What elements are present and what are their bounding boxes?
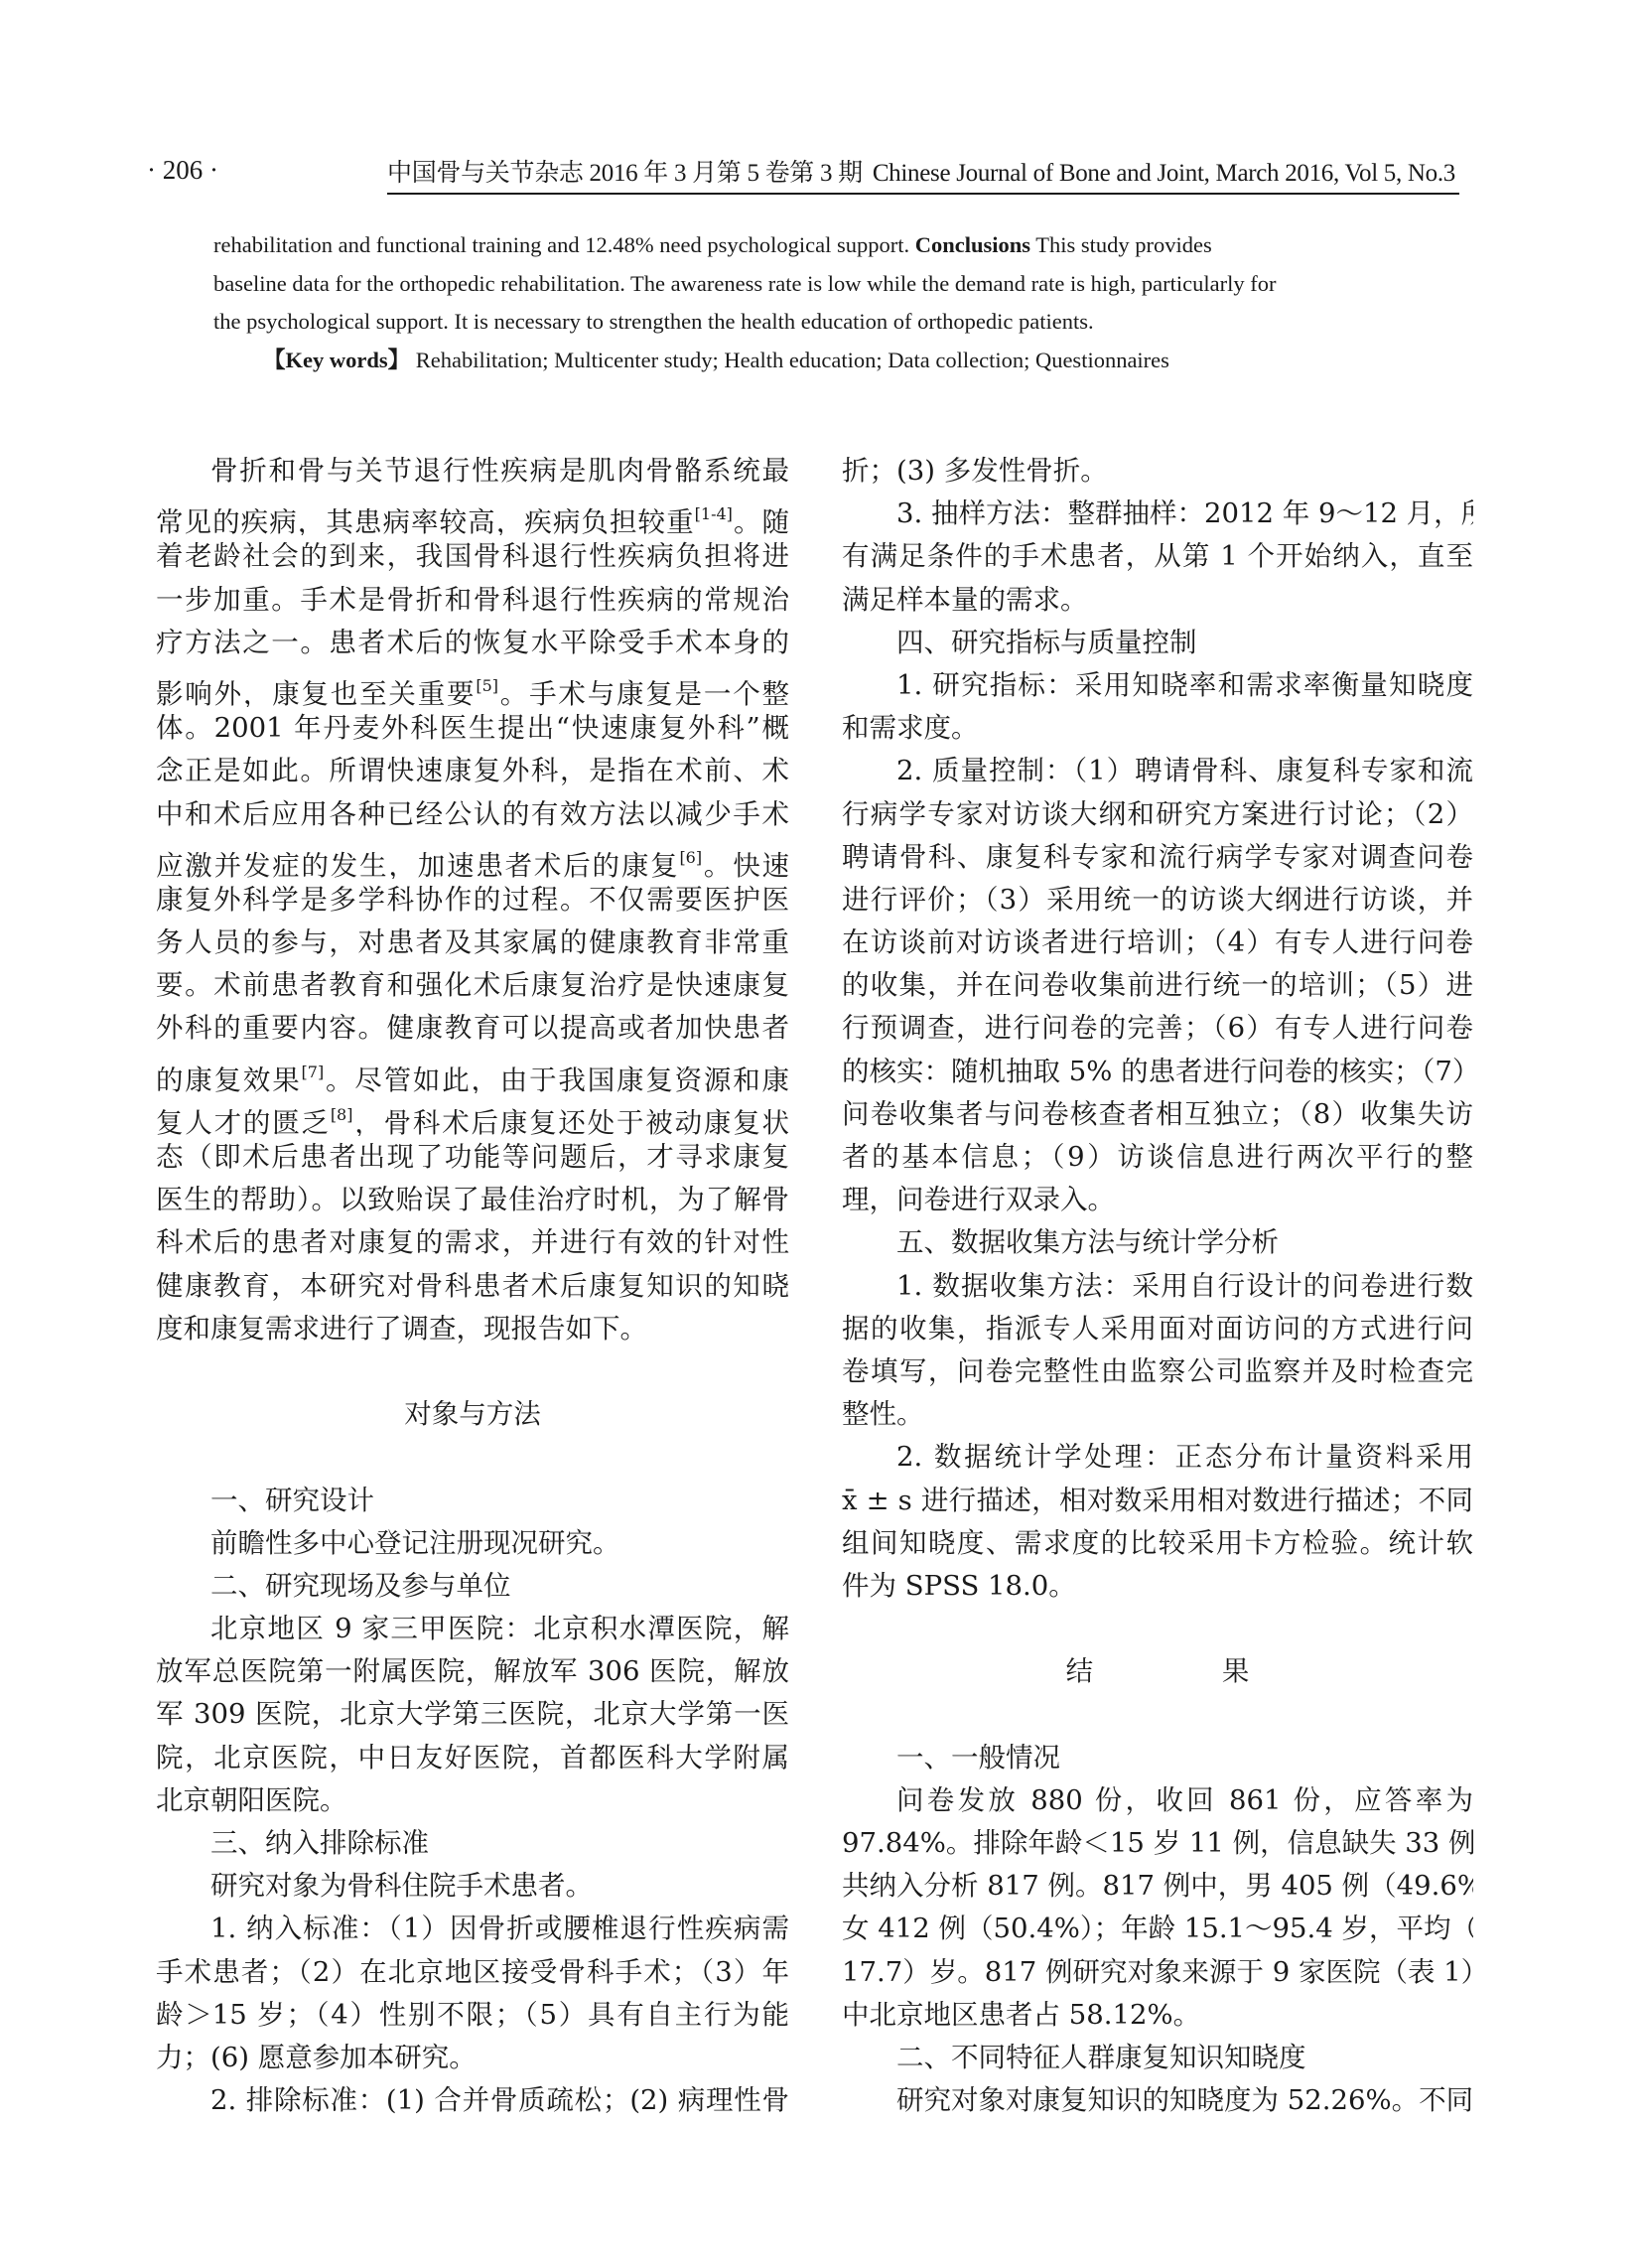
body-line: 放军总医院第一附属医院，解放军 306 医院，解放 (156, 1650, 789, 1693)
section-title-methods: 对象与方法 (156, 1350, 789, 1480)
body-line: 着老龄社会的到来，我国骨科退行性疾病负担将进 (156, 535, 789, 578)
body-line: 军 309 医院，北京大学第三医院，北京大学第一医 (156, 1693, 789, 1736)
body-line: 一步加重。手术是骨折和骨科退行性疾病的常规治 (156, 579, 789, 622)
subsection-heading: 二、不同特征人群康复知识知晓度 (842, 2037, 1473, 2079)
body-line: x̄ ± s 进行描述，相对数采用相对数进行描述；不同 (842, 1480, 1473, 1522)
body-line: 力；(6) 愿意参加本研究。 (156, 2037, 789, 2079)
body-line: 组间知晓度、需求度的比较采用卡方检验。统计软 (842, 1522, 1473, 1565)
body-line: 科术后的患者对康复的需求，并进行有效的针对性 (156, 1221, 789, 1264)
body-line: 3. 抽样方法：整群抽样：2012 年 9～12 月，所 (842, 493, 1473, 535)
body-line: 前瞻性多中心登记注册现况研究。 (156, 1522, 789, 1565)
citation-ref[interactable]: [8] (331, 1105, 353, 1124)
running-header: · 206 · 中国骨与关节杂志 2016 年 3 月第 5 卷第 3 期Chi… (0, 149, 1642, 189)
body-line: 和需求度。 (842, 707, 1473, 750)
body-line: 2. 排除标准：(1) 合并骨质疏松；(2) 病理性骨 (156, 2079, 789, 2122)
body-line: 的核实：随机抽取 5% 的患者进行问卷的核实；（7） (842, 1051, 1473, 1093)
abstract-line: baseline data for the orthopedic rehabil… (213, 265, 1420, 304)
body-line: 复人才的匮乏[8]，骨科术后康复还处于被动康复状 (156, 1093, 789, 1136)
body-line: 度和康复需求进行了调查，现报告如下。 (156, 1308, 789, 1350)
body-line: 院，北京医院，中日友好医院，首都医科大学附属 (156, 1737, 789, 1779)
section-title-results: 结 果 (842, 1608, 1473, 1737)
abstract-text: This study provides (1030, 232, 1212, 257)
body-line: 者的基本信息；（9）访谈信息进行两次平行的整 (842, 1136, 1473, 1179)
conclusions-label: Conclusions (915, 232, 1030, 257)
body-line: 要。术前患者教育和强化术后康复治疗是快速康复 (156, 964, 789, 1007)
body-line: 在访谈前对访谈者进行培训；（4）有专人进行问卷 (842, 921, 1473, 964)
body-line: 医生的帮助）。以致贻误了最佳治疗时机，为了解骨 (156, 1179, 789, 1221)
subsection-heading: 五、数据收集方法与统计学分析 (842, 1221, 1473, 1264)
journal-title-cn: 中国骨与关节杂志 2016 年 3 月第 5 卷第 3 期 (387, 160, 863, 187)
body-line: 满足样本量的需求。 (842, 579, 1473, 622)
body-line: 康复外科学是多学科协作的过程。不仅需要医护医 (156, 879, 789, 921)
body-line: 行预调查，进行问卷的完善；（6）有专人进行问卷 (842, 1007, 1473, 1050)
body-line: 龄＞15 岁；（4）性别不限；（5）具有自主行为能 (156, 1994, 789, 2037)
body-line: 务人员的参与，对患者及其家属的健康教育非常重 (156, 921, 789, 964)
body-line: 2. 数据统计学处理：正态分布计量资料采用 (842, 1436, 1473, 1479)
body-line: 1. 纳入标准：（1）因骨折或腰椎退行性疾病需 (156, 1908, 789, 1950)
citation-ref[interactable]: [6] (679, 848, 702, 867)
body-line: 件为 SPSS 18.0。 (842, 1565, 1473, 1608)
left-column: 骨折和骨与关节退行性疾病是肌肉骨骼系统最 常见的疾病，其患病率较高，疾病负担较重… (156, 450, 789, 2122)
body-line: 共纳入分析 817 例。817 例中，男 405 例（49.6%）， (842, 1865, 1473, 1908)
body-line: 健康教育，本研究对骨科患者术后康复知识的知晓 (156, 1265, 789, 1308)
journal-citation: 中国骨与关节杂志 2016 年 3 月第 5 卷第 3 期Chinese Jou… (387, 153, 1459, 195)
body-line: 有满足条件的手术患者，从第 1 个开始纳入，直至 (842, 535, 1473, 578)
body-line: 卷填写，问卷完整性由监察公司监察并及时检查完 (842, 1350, 1473, 1393)
body-line: 研究对象对康复知识的知晓度为 52.26%。不同 (842, 2079, 1473, 2122)
body-line: 影响外，康复也至关重要[5]。手术与康复是一个整 (156, 664, 789, 707)
abstract-line: the psychological support. It is necessa… (213, 303, 1420, 342)
body-line: 1. 数据收集方法：采用自行设计的问卷进行数 (842, 1265, 1473, 1308)
keywords-list: Rehabilitation; Multicenter study; Healt… (410, 348, 1169, 372)
body-line: 17.7）岁。817 例研究对象来源于 9 家医院（表 1），其 (842, 1951, 1473, 1994)
body-line: 的康复效果[7]。尽管如此，由于我国康复资源和康 (156, 1051, 789, 1093)
body-line: 常见的疾病，其患病率较高，疾病负担较重[1-4]。随 (156, 493, 789, 535)
citation-ref[interactable]: [7] (302, 1063, 325, 1081)
page-number: · 206 · (147, 155, 218, 186)
body-line: 1. 研究指标：采用知晓率和需求率衡量知晓度 (842, 664, 1473, 707)
body-line: 中和术后应用各种已经公认的有效方法以减少手术 (156, 793, 789, 836)
right-column: 折；(3) 多发性骨折。 3. 抽样方法：整群抽样：2012 年 9～12 月，… (842, 450, 1473, 2122)
body-line: 北京朝阳医院。 (156, 1779, 789, 1822)
body-line: 中北京地区患者占 58.12%。 (842, 1994, 1473, 2037)
body-line: 整性。 (842, 1393, 1473, 1436)
citation-ref[interactable]: [5] (476, 676, 498, 695)
journal-title-en: Chinese Journal of Bone and Joint, March… (873, 160, 1455, 187)
subsection-heading: 二、研究现场及参与单位 (156, 1565, 789, 1608)
subsection-heading: 四、研究指标与质量控制 (842, 622, 1473, 664)
subsection-heading: 三、纳入排除标准 (156, 1822, 789, 1865)
body-line: 问卷收集者与问卷核查者相互独立；（8）收集失访 (842, 1093, 1473, 1136)
body-line: 2. 质量控制：（1）聘请骨科、康复科专家和流 (842, 750, 1473, 792)
body-line: 据的收集，指派专人采用面对面访问的方式进行问 (842, 1308, 1473, 1350)
body-line: 骨折和骨与关节退行性疾病是肌肉骨骼系统最 (156, 450, 789, 493)
citation-ref[interactable]: [1-4] (695, 504, 733, 523)
body-line: 折；(3) 多发性骨折。 (842, 450, 1473, 493)
body-line: 97.84%。排除年龄＜15 岁 11 例，信息缺失 33 例， (842, 1822, 1473, 1865)
body-line: 问卷发放 880 份，收回 861 份，应答率为 (842, 1779, 1473, 1822)
keywords-label: 【Key words】 (263, 348, 410, 372)
keywords: 【Key words】 Rehabilitation; Multicenter … (213, 342, 1420, 380)
body-line: 行病学专家对访谈大纲和研究方案进行讨论；（2） (842, 793, 1473, 836)
body-line: 聘请骨科、康复科专家和流行病学专家对调查问卷 (842, 836, 1473, 879)
body-line: 态（即术后患者出现了功能等问题后，才寻求康复 (156, 1136, 789, 1179)
english-abstract: rehabilitation and functional training a… (213, 226, 1420, 379)
subsection-heading: 一、一般情况 (842, 1737, 1473, 1779)
body-line: 的收集，并在问卷收集前进行统一的培训；（5）进 (842, 964, 1473, 1007)
body-line: 疗方法之一。患者术后的恢复水平除受手术本身的 (156, 622, 789, 664)
body-line: 研究对象为骨科住院手术患者。 (156, 1865, 789, 1908)
body-line: 手术患者；（2）在北京地区接受骨科手术；（3）年 (156, 1951, 789, 1994)
subsection-heading: 一、研究设计 (156, 1480, 789, 1522)
body-line: 体。2001 年丹麦外科医生提出“快速康复外科”概 (156, 707, 789, 750)
body-line: 北京地区 9 家三甲医院：北京积水潭医院，解 (156, 1608, 789, 1650)
body-line: 外科的重要内容。健康教育可以提高或者加快患者 (156, 1007, 789, 1050)
body-line: 女 412 例（50.4%）；年龄 15.1～95.4 岁，平均（53.0 ± (842, 1908, 1473, 1950)
body-line: 进行评价；（3）采用统一的访谈大纲进行访谈，并 (842, 879, 1473, 921)
body-line: 理，问卷进行双录入。 (842, 1179, 1473, 1221)
body-line: 应激并发症的发生，加速患者术后的康复[6]。快速 (156, 836, 789, 879)
body-line: 念正是如此。所谓快速康复外科，是指在术前、术 (156, 750, 789, 792)
abstract-text: rehabilitation and functional training a… (213, 232, 915, 257)
abstract-line: rehabilitation and functional training a… (213, 226, 1420, 265)
